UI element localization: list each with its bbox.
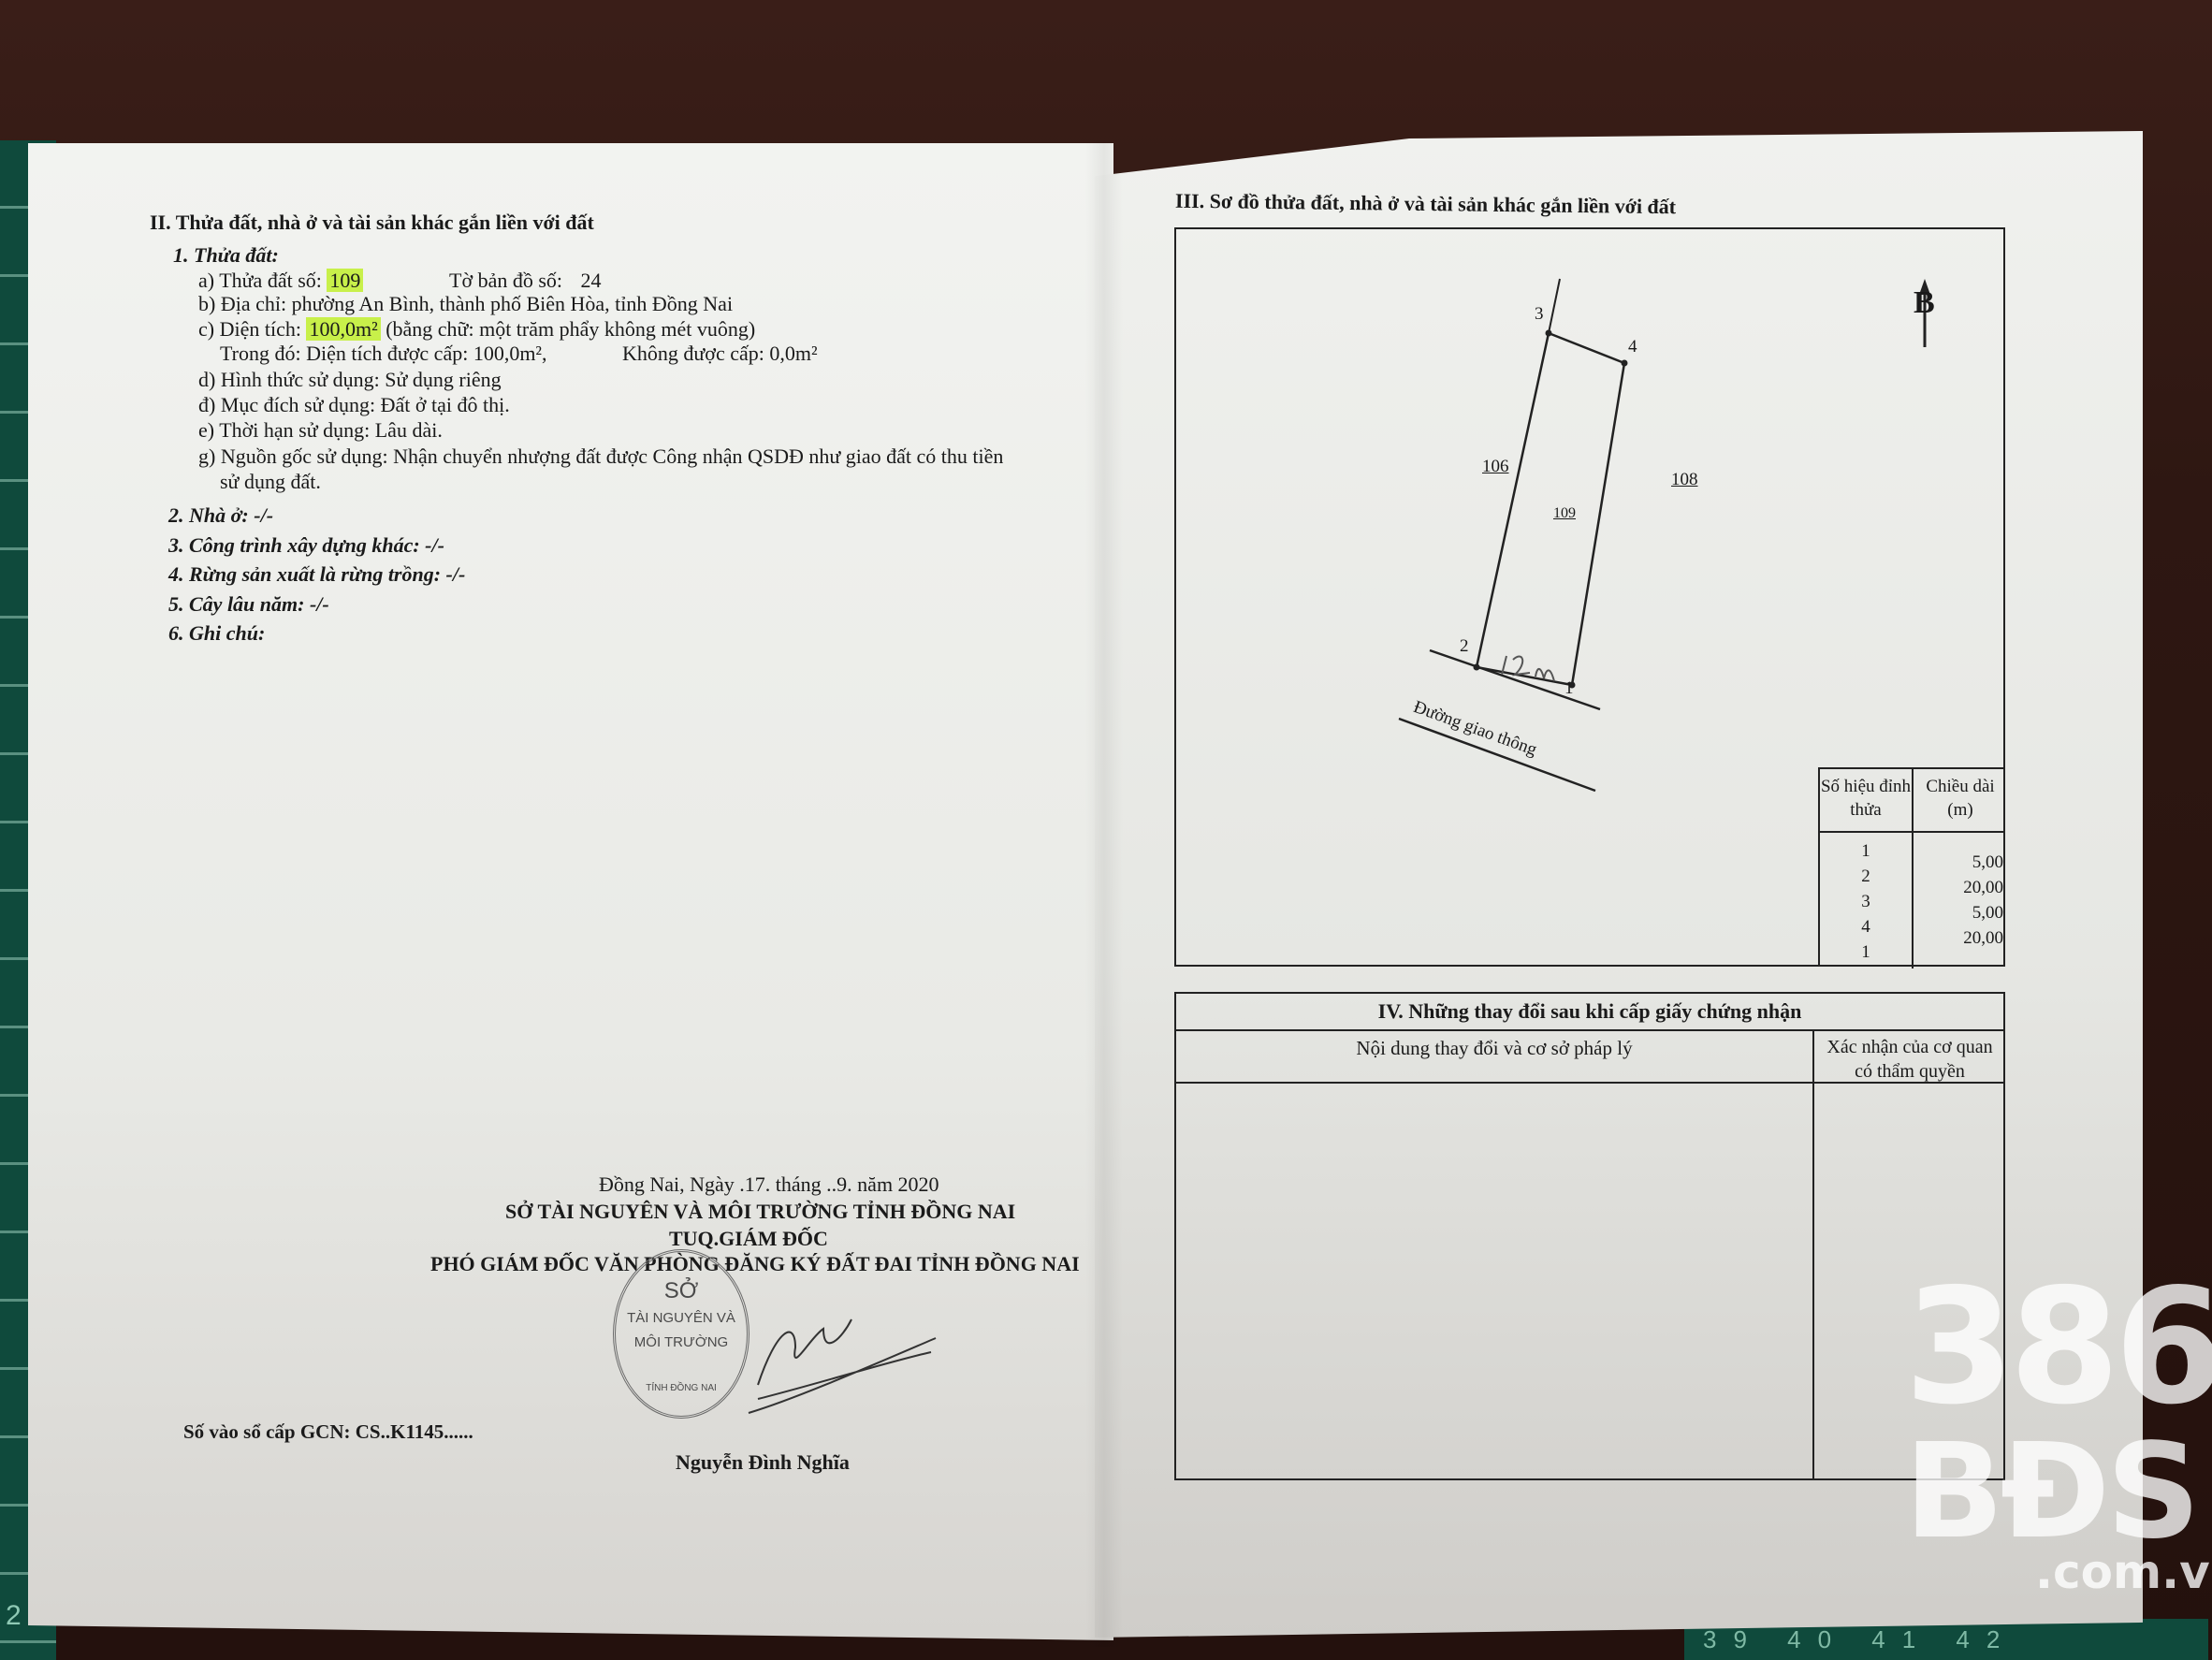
item-perennial-trees: 5. Cây lâu năm: -/- [168, 592, 329, 617]
signature-on-behalf: TUQ.GIÁM ĐỐC [669, 1227, 828, 1251]
usage-purpose: đ) Mục đích sử dụng: Đất ở tại đô thị. [198, 393, 510, 417]
area-not-granted: Không được cấp: 0,0m² [622, 342, 818, 366]
area-in-words: (bằng chữ: một trăm phẩy không mét vuông… [386, 317, 755, 341]
usage-origin-line1: g) Nguồn gốc sử dụng: Nhận chuyển nhượng… [198, 444, 1003, 469]
header-vertex-id: Số hiệu đỉnh thửa [1820, 775, 1912, 822]
vertex-list: 1 2 3 4 1 [1820, 838, 1912, 965]
map-sheet-row: Tờ bản đồ số: 24 [449, 269, 602, 293]
changes-col-confirmation: Xác nhận của cơ quan có thẩm quyền [1816, 1035, 2003, 1084]
signer-name: Nguyễn Đình Nghĩa [676, 1450, 850, 1475]
item-notes: 6. Ghi chú: [168, 621, 265, 646]
changes-col-content: Nội dung thay đổi và cơ sở pháp lý [1176, 1037, 1812, 1060]
neighbor-parcel-108: 108 [1671, 470, 1698, 490]
changes-title: IV. Những thay đổi sau khi cấp giấy chứn… [1176, 994, 2003, 1031]
stamp-line1: SỞ [616, 1278, 747, 1304]
parcel-number-row: a) Thửa đất số: 109 [198, 269, 363, 293]
ruler-number: 2 [6, 1600, 22, 1632]
header-length: Chiều dài (m) [1914, 775, 2007, 822]
signature-position: PHÓ GIÁM ĐỐC VĂN PHÒNG ĐĂNG KÝ ĐẤT ĐAI T… [430, 1252, 1080, 1276]
area-value: 100,0m² [306, 317, 380, 341]
item-house: 2. Nhà ở: -/- [168, 503, 273, 528]
area-label: c) Diện tích: [198, 317, 301, 341]
neighbor-parcel-106: 106 [1482, 457, 1509, 477]
handwritten-signature [739, 1310, 945, 1422]
parcel-109-label: 109 [1553, 505, 1576, 522]
page-fold [1085, 140, 1123, 1647]
usage-term: e) Thời hạn sử dụng: Lâu dài. [198, 418, 443, 443]
map-sheet-label: Tờ bản đồ số: [449, 269, 562, 292]
length-list: 5,00 20,00 5,00 20,00 [1914, 850, 2003, 951]
parcel-address: b) Địa chỉ: phường An Bình, thành phố Bi… [198, 292, 733, 316]
section-ii-title: II. Thửa đất, nhà ở và tài sản khác gắn … [150, 211, 594, 235]
official-stamp: SỞ TÀI NGUYÊN VÀ MÔI TRƯỜNG TỈNH ĐỒNG NA… [613, 1249, 749, 1419]
vertex-label-3: 3 [1535, 304, 1544, 325]
vertex-label-2: 2 [1460, 636, 1469, 657]
register-number: Số vào sổ cấp GCN: CS..K1145...... [183, 1420, 473, 1444]
stamp-line2: TÀI NGUYÊN VÀ [616, 1310, 747, 1326]
area-granted: Trong đó: Diện tích được cấp: 100,0m², [220, 342, 547, 366]
stamp-line3: MÔI TRƯỜNG [616, 1334, 747, 1350]
parcel-number-label: a) Thửa đất số: [198, 269, 322, 292]
vertex-label-4: 4 [1628, 337, 1637, 357]
stamp-ring-bottom: TỈNH ĐỒNG NAI [616, 1383, 747, 1393]
item-other-construction: 3. Công trình xây dựng khác: -/- [168, 533, 444, 558]
changes-table: IV. Những thay đổi sau khi cấp giấy chứn… [1174, 992, 2005, 1480]
watermark-text: BĐS [1904, 1427, 2197, 1558]
map-sheet-value: 24 [581, 269, 602, 292]
signature-date: Đồng Nai, Ngày .17. tháng ..9. năm 2020 [599, 1172, 939, 1197]
certificate-left-page [28, 143, 1113, 1640]
watermark-number: 386 [1904, 1268, 2212, 1427]
parcel-number-value: 109 [327, 269, 363, 292]
watermark-domain: .com.vn [2035, 1549, 2212, 1595]
usage-form: d) Hình thức sử dụng: Sử dụng riêng [198, 368, 502, 392]
item-production-forest: 4. Rừng sản xuất là rừng trồng: -/- [168, 562, 465, 587]
parcel-area-row: c) Diện tích: 100,0m² (bằng chữ: một tră… [198, 317, 755, 342]
north-arrow-icon: B [1914, 285, 1935, 321]
vertex-label-1: 1 [1564, 678, 1574, 699]
usage-origin-line2: sử dụng đất. [220, 470, 321, 494]
parcel-heading: 1. Thửa đất: [173, 243, 279, 268]
signature-agency: SỞ TÀI NGUYÊN VÀ MÔI TRƯỜNG TỈNH ĐỒNG NA… [505, 1200, 1015, 1224]
edge-length-table: Số hiệu đỉnh thửa Chiều dài (m) 1 2 3 4 … [1818, 767, 2005, 967]
